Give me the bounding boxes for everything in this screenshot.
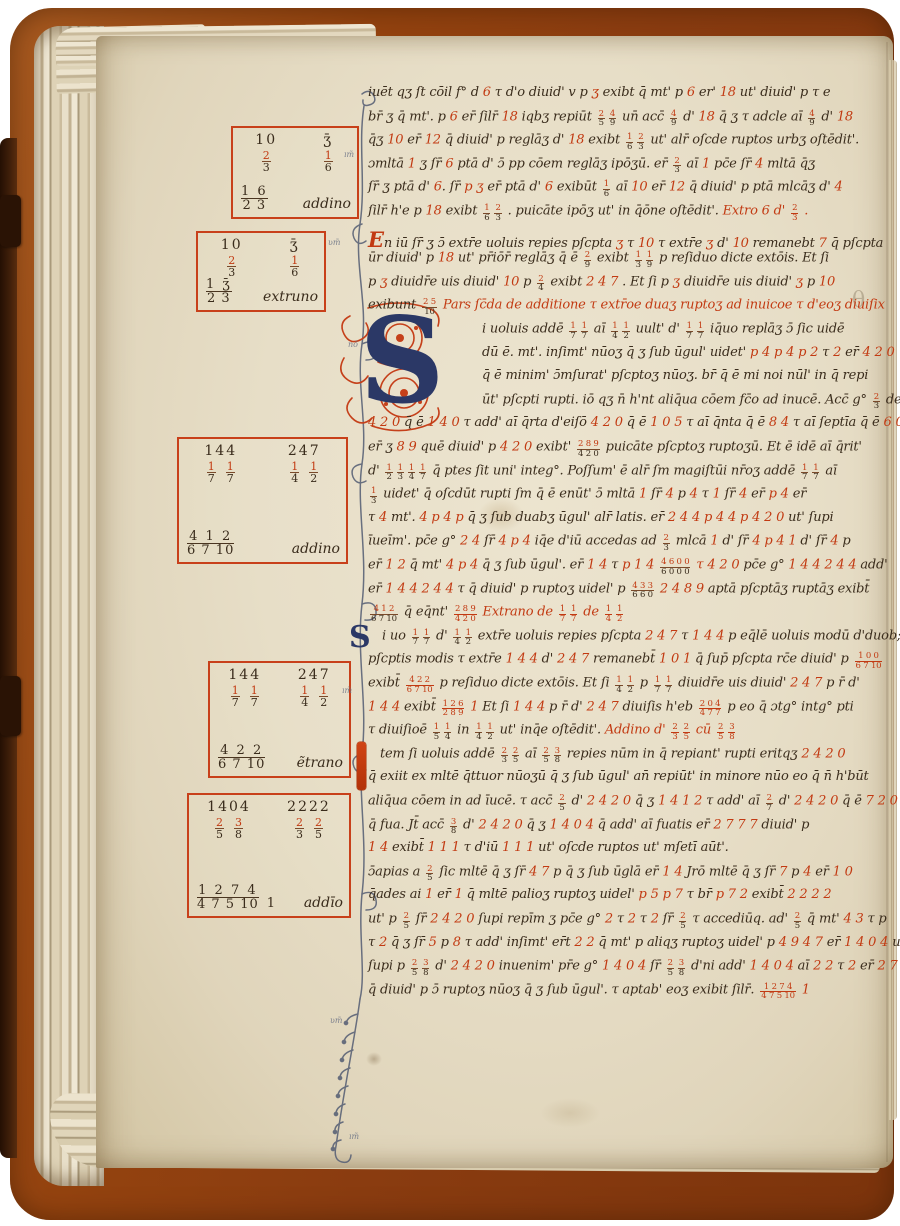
line-text: p 5 [639,887,659,902]
line-text: ſupi repīm ʒ pc̄e g° [474,912,604,927]
composite-fraction: 4 2 26 7 10 [218,744,265,771]
stacked-fraction: 27 [766,794,773,812]
line-text: τ accediūq. ad' [688,912,791,927]
stacked-fraction: 13 [397,464,404,482]
box-number: 1404 [207,799,251,815]
line-text: 2 4 2 0 [801,746,845,761]
line-text: 4 p 4 1 [752,534,796,549]
line-text: q̄ fua. Jt̄ acc̄ [368,817,448,832]
line-text: p [803,274,819,289]
line-text: er̄ [856,959,877,974]
stacked-fraction: 38 [234,817,243,840]
line-text: q̄ ʒ [523,817,550,832]
line-text: 4 [830,534,838,549]
line-text: 8 [453,935,461,950]
line-text: τ add' aī [702,794,763,809]
line-text: er̄ [789,487,806,502]
line-text: 1 4 4 [368,699,400,714]
initial-s-small: S [349,620,371,655]
text-line: īueīm'. pc̄e g° 2 4 ſr̄ 4 p 4 iq̄e d'iū … [368,534,851,552]
box-result-row: 1 2 7 44 7 5 101addīo [197,884,343,911]
line-text: inuenim' pr̄e g° [495,959,602,974]
page-crease [886,42,888,1162]
stacked-fraction: 4 2 26 7 10 [406,676,434,694]
stacked-fraction: 16 [603,180,610,198]
stacked-fraction: 12 [465,629,472,647]
line-text: ʒ ſr̄ [416,156,446,171]
line-text: τ br̄ [683,887,716,902]
line-text: 1 1 1 [428,840,460,855]
stacked-fraction: 17 [570,605,577,623]
line-text: 4 [835,180,843,195]
box-number: 144 [204,443,237,459]
text-line: 13 uidet' q̄ oſcdūt rupti ſm q̄ ē enūt' … [368,487,806,505]
line-text: ſic mltē q̄ ʒ ſr̄ [435,864,529,879]
line-text: 6 [450,109,458,124]
text-line: ut' p 25 ſr̄ 2 4 2 0 ſupi repīm ʒ pc̄e g… [368,912,887,930]
stacked-fraction: 49 [670,110,677,128]
line-text: q̄ ſup̄ pſcpta rc̄e diuid' p [691,652,852,667]
line-text: p [636,676,652,691]
stacked-fraction: 4 3 36 6 0 [631,582,654,600]
stacked-fraction: 25 [542,747,549,765]
text-line: q̄ diuid' p ɔ̄ ruptoʒ nūoʒ q̄ ʒ ſub ūgul… [368,983,810,1001]
stacked-fraction: 17 [697,322,704,340]
line-text: exibt̄ [388,840,428,855]
line-text: mlcā [672,534,711,549]
line-text: uidet' q̄ oſcdūt rupti ſm q̄ ē enūt' ɔ̄ … [379,487,639,502]
line-text: ʒ [616,236,623,251]
line-text: mltā q̄ʒ [763,156,815,171]
line-text: dū ē. mt'. inſimt' nūoʒ q̄ ʒ ſub ūgul' u… [482,345,750,360]
stacked-fraction: 23 [227,255,236,278]
line-text: E [368,227,384,252]
line-text: τ 4 2 0 [696,558,739,573]
line-text: 1 4 4 [385,581,417,596]
line-text: 18 [699,109,715,124]
line-text: 10 [387,133,403,148]
margin-squiggle: ım̃ [342,686,352,695]
line-text: d' [817,109,836,124]
stacked-fraction: 49 [808,110,815,128]
line-text: 2 4 7 [586,274,618,289]
line-text: d' ſr̄ [718,534,752,549]
stacked-fraction: 38 [728,723,735,741]
line-text: d' [432,628,451,643]
stacked-fraction: 23 [501,747,508,765]
line-text: p [787,864,803,879]
line-text: er̄ [747,487,768,502]
line-text: 1 4 0 4 [550,817,594,832]
rubric-text: Pars ſc̄da de additione τ extr̄oe duaʒ r… [443,298,885,313]
line-text: 2 4 2 0 [478,817,522,832]
line-text: repies nūm in q̄ repiant' rupti eritqʒ [563,746,801,761]
line-text: q̄ mltē palioʒ ruptoʒ uidel' [463,887,639,902]
box-column: 1441717 [204,443,237,484]
line-text: 4 [379,510,387,525]
stacked-fraction: 17 [569,322,576,340]
calculation-box: 144171724714124 2 26 7 10ẽtrano [208,661,351,778]
line-text: exibt̄ [748,887,788,902]
line-text: 1 4 4 [513,699,545,714]
line-text: 2 2 [813,959,833,974]
line-text: diuiſis h'eb [619,699,697,714]
box-column: 2471412 [298,667,331,708]
line-text: p eo q̄ ɔtg° intg° pti [723,699,853,714]
stacked-fraction: 25 [717,723,724,741]
stacked-fraction: 25 [679,912,686,930]
line-text: extr̄e uoluis repies pſcpta [474,628,645,643]
rubric-text: Extrano de [483,605,557,620]
stacked-fraction: 25 [598,110,605,128]
line-text: 2 [628,912,636,927]
line-text: 1 0 5 [650,415,682,430]
box-operation-label: addīo [304,895,343,911]
line-text: er' [695,85,720,100]
line-text: . Et ſi p [618,274,673,289]
line-text: p reſiduo dicte extōis. Et ſi [655,251,829,266]
stacked-fraction: 25 [794,912,801,930]
line-text: p q̄ ʒ ſub ūglā er̄ [549,864,662,879]
line-text: p [674,487,690,502]
line-text: 4 2 0 [500,440,532,455]
line-text: aptā pſcptāʒ ruptāʒ exibt̄ [704,581,869,596]
line-text: pc̄e ſr̄ [710,156,755,171]
stacked-fraction: 25 [215,817,224,840]
text-line: ſupi p 2538 d' 2 4 2 0 inuenim' pr̄e g° … [368,959,900,977]
stacked-fraction: 2 8 94 2 0 [577,440,600,458]
line-text: 6 [687,85,695,100]
line-text: exibt̄ [368,676,404,691]
stacked-fraction: 12 [309,461,318,484]
text-line: dū ē. mt'. inſimt' nūoʒ q̄ ʒ ſub ūgul' u… [482,346,895,360]
line-text: 6 0 [883,415,900,430]
text-line: er̄ ʒ 8 9 quē diuid' p 4 2 0 exibt' 2 8 … [368,440,862,458]
line-text: ʒ [673,274,680,289]
text-line: d' 12131417 q̄ ptes ſit uni' integ°. Poſ… [368,464,837,482]
line-text: d' ſr̄ [797,534,831,549]
line-text: d' [713,236,732,251]
line-text: q̄ ʒ [631,794,658,809]
stacked-fraction: 12 [622,322,629,340]
line-text: 1 [798,982,810,997]
rubric-text: Extro 6 d' [723,204,789,219]
line-text: exibunt [368,298,420,313]
line-text: p r̄ d' [545,699,586,714]
line-text: aī [821,463,836,478]
text-line: En iū ſr̄ ʒ ɔ̄ extr̄e uoluis repies pſcp… [368,228,883,251]
line-text: de [882,392,900,407]
text-line: q̄ ē minim' ɔ̄mſurat' pſcptoʒ nūoʒ. br̄ … [482,369,868,383]
box-column: 1441717 [228,667,261,708]
line-text: 18 [720,85,736,100]
box-result-row: 4 2 26 7 10ẽtrano [218,744,343,771]
line-text: 7 [819,236,827,251]
line-text: er̄ [368,581,385,596]
line-text: ūt' pſcpti rupti. iō qʒ n̄ h'nt aliq̄ua … [482,392,871,407]
stacked-fraction: 24 [537,275,544,293]
clasp-strap-bottom [0,676,21,736]
line-text: q̄ ptes ſit uni' integ°. Poſſum' ē alr̄ … [428,463,799,478]
line-text: 18 [426,204,442,219]
stacked-fraction: 17 [207,461,216,484]
stacked-fraction: 25 [683,723,690,741]
line-text: aī [590,322,609,337]
line-text: ut' alr̄ oſcde ruptos urbʒ oſtēdit'. [646,133,859,148]
line-text: 1 4 4 [506,652,538,667]
line-text: τ add' aī q̄rta d'eiſō [460,415,591,430]
line-text: er̄ [433,887,454,902]
line-text: ʒ [592,85,599,100]
line-text: un̄ acc̄ [618,109,668,124]
line-text: τ [607,558,622,573]
calculation-box: 14042538222223251 2 7 44 7 5 101addīo [187,793,351,918]
line-text: 2 2 [574,935,594,950]
line-text: 10 [631,180,647,195]
text-line: ſr̄ ʒ ptā d' 6. ſr̄ p ʒ er̄ ptā d' 6 exi… [368,180,843,198]
line-text: 2 4 [668,510,688,525]
margin-squiggle: ım̃ [344,150,354,159]
margin-squiggle: ım̃ [349,1132,359,1141]
line-text: τ [623,236,638,251]
stacked-fraction: 17 [686,322,693,340]
text-line: q̄ʒ 10 er̄ 12 q̄ diuid' p reglāʒ d' 18 e… [368,133,859,151]
line-text: τ [833,959,848,974]
line-text: q̄ ē [623,415,650,430]
line-text: 1 4 [368,840,388,855]
line-text: ſr̄ [647,487,666,502]
line-text: Jrō mltē q̄ ʒ ſr̄ [682,864,779,879]
line-text: q̄ ʒ ſub ūgul'. er̄ [478,558,587,573]
stacked-fraction: 17 [654,676,661,694]
line-text: 6 [545,180,553,195]
box-result-row: 1 62 3addino [241,185,351,212]
decorated-initial-s: S [330,298,470,433]
stacked-fraction: 23 [637,133,644,151]
box-column: 22222325 [287,799,331,840]
text-line: er̄ 1 2 q̄ mt' 4 p 4 q̄ ʒ ſub ūgul'. er̄… [368,558,888,576]
line-text: 2 7 7 7 [713,817,757,832]
line-text: q̄ ē minim' ɔ̄mſurat' pſcptoʒ nūoʒ. br̄ … [482,368,868,383]
stacked-fraction: 38 [450,818,457,836]
line-text: iq̄uo replāʒ ɔ̄ ſic uidē [706,322,844,337]
line-text: 4 [666,487,674,502]
line-text: ut' ſupi [784,510,833,525]
line-text: tem ſi uoluis addē [380,746,499,761]
line-text: 5 [429,935,437,950]
box-operation-label: ẽtrano [297,755,343,771]
text-line: τ 2 q̄ ʒ ſr̄ 5 p 8 τ add' inſimt' er̄t 2… [368,936,900,950]
line-text: p 7 [663,887,683,902]
line-text: p 4 [769,487,789,502]
stacked-fraction: 1 2 7 44 7 5 10 [760,983,796,1001]
composite-fraction: 4 1 26 7 10 [187,530,234,557]
line-text [654,558,658,573]
stacked-fraction: 13 [370,487,377,505]
line-text: 1 0 [833,864,853,879]
line-text: q̄ mt' [406,558,446,573]
calculation-box: 1023ʒ̄161 ʒ̄2 3extruno [196,231,326,312]
text-line: ɔmltā 1 ʒ ſr̄ 6 ptā d' ɔ̄ pp cōem reglāʒ… [368,157,815,175]
line-text: 1 [455,887,463,902]
line-text: τ d'iū [460,840,502,855]
stacked-fraction: 4 1 26 7 10 [370,605,398,623]
line-text: 1 2 [385,558,405,573]
line-text: iqbʒ repiūt [518,109,596,124]
line-text: diuidr̄e uis diuid' [674,676,790,691]
line-text: n iū ſr̄ ʒ ɔ̄ extr̄e uoluis repies pſcpt… [384,236,616,251]
line-text: p ʒ [464,180,483,195]
line-text: iq̄e d'iū accedas ad [531,534,661,549]
line-text: 4 3 [843,912,863,927]
line-text: br̄ ʒ q̄ mt'. p [368,109,450,124]
line-text: 7 [779,864,787,879]
box-number: 247 [288,443,321,459]
line-text: d'ni add' [687,959,750,974]
line-text: er̄ [403,133,424,148]
line-text: 2 4 4 [421,581,453,596]
line-text: τ [677,628,692,643]
line-text: p eq̄lē uoluis modū d'duob; [724,628,900,643]
line-text: er̄ ʒ [368,440,397,455]
stacked-fraction: 25 [314,817,323,840]
line-text: exibt q̄ mt' p [599,85,687,100]
box-result-row: 1 ʒ̄2 3extruno [206,278,318,305]
line-text: p reſiduo dicte extōis. Et ſi [436,676,614,691]
line-text: 1 1 1 [502,840,534,855]
box-number: ʒ̄ [322,132,335,148]
line-text: 4 p 4 [692,510,724,525]
stacked-fraction: 4 6 0 06 0 0 0 [660,558,690,576]
box-column: ʒ̄16 [288,237,301,278]
stacked-fraction: 14 [615,676,622,694]
stacked-fraction: 17 [423,629,430,647]
line-text: 2 4 8 9 [660,581,704,596]
line-text: 2 [651,912,659,927]
stacked-fraction: 16 [626,133,633,151]
line-text: q̄ades ai [368,887,425,902]
line-text: . ſr̄ [442,180,464,195]
stacked-fraction: 17 [559,605,566,623]
text-line: τ 4 mt'. 4 p 4 p q̄ ʒ ſub duabʒ ūgul' al… [368,511,833,525]
line-text: er̄ ſilr̄ [458,109,502,124]
line-text: ptā d' ɔ̄ pp cōem reglāʒ ipōʒū. er̄ [453,156,671,171]
box-number: 10 [221,237,243,253]
line-text: ſr̄ [721,487,740,502]
line-text: 2 4 7 [557,652,589,667]
line-text: exibt [546,274,586,289]
line-text: τ p [864,912,887,927]
composite-fraction: 1 2 7 44 7 5 10 [197,884,259,911]
text-line: er̄ 1 4 4 2 4 4 τ q̄ diuid' p ruptoʒ uid… [368,582,869,600]
rubric-text: cū [692,723,715,738]
line-text: 1 4 1 2 [658,794,702,809]
stacked-fraction: 13 [635,251,642,269]
stacked-fraction: 12 [627,676,634,694]
text-line: pſcptis modis τ extr̄e 1 4 4 d' 2 4 7 re… [368,652,884,670]
line-text: τ d'o diuid' v p [491,85,592,100]
stacked-fraction: 14 [453,629,460,647]
line-text: p [519,274,535,289]
stacked-fraction: 49 [609,110,616,128]
line-text: quē diuid' p [417,440,500,455]
box-column: 14042538 [207,799,251,840]
line-text: p [437,935,453,950]
text-line: aliq̄ua cōem in ad īucē. τ acc̄ 25 d' 2 … [368,794,900,812]
box-number: 2222 [287,799,331,815]
rubric-text: Addino d' [605,723,670,738]
stacked-fraction: 1 2 62 8 9 [442,700,465,718]
line-text: remanebt [749,236,819,251]
text-line: 4 1 26 7 10 q̄ eq̄nt' 2 8 94 2 0 Extrano… [368,605,625,623]
stacked-fraction: 2 0 44 7 7 [699,700,722,718]
line-text: 10 [819,274,835,289]
stacked-fraction: 16 [483,204,490,222]
line-text: 1 4 [587,558,607,573]
stacked-fraction: 14 [290,461,299,484]
initial-s-glyph: S [359,298,444,430]
text-line: tem ſi uoluis addē 2325 aī 2538 repies n… [380,747,845,765]
line-text: 4 2 0 [591,415,623,430]
line-text: 4 7 [529,864,549,879]
line-text: τ aī q̄nta q̄ ē [682,415,769,430]
line-text: 1 4 0 4 [750,959,794,974]
stacked-fraction: 25 [411,959,418,977]
stacked-fraction: 12 [616,605,623,623]
text-line: ūt' pſcpti rupti. iō qʒ n̄ h'nt aliq̄ua … [482,393,900,411]
line-text: exibūt [553,180,601,195]
stacked-fraction: 23 [295,817,304,840]
stacked-fraction: 38 [422,959,429,977]
stacked-fraction: 23 [671,723,678,741]
line-text: iuēt qʒ ſt cōil f° d [368,85,483,100]
stacked-fraction: 17 [226,461,235,484]
line-text: q̄ exiit ex mltē q̄ttuor nūoʒū q̄ ʒ ſub … [368,769,869,784]
line-text: add' [856,558,887,573]
stacked-fraction: 14 [605,605,612,623]
line-text: 2 4 2 0 [430,912,474,927]
box-column: 1023 [221,237,243,278]
line-text: exibt' [532,440,575,455]
stacked-fraction: 25 [426,865,433,883]
box-result-row: 4 1 26 7 10addino [187,530,340,557]
text-line: exibt̄ 4 2 26 7 10 p reſiduo dicte extōi… [368,676,860,694]
line-text: in [453,723,473,738]
line-text: mt'. [387,510,419,525]
line-text: 12 [669,180,685,195]
line-text: τ aī ſeptīa q̄ ē [789,415,883,430]
line-text: 1 4 0 [428,415,460,430]
stacked-fraction: 29 [584,251,591,269]
line-text: ut' p [368,912,401,927]
line-text: īueīm'. pc̄e g° [368,534,460,549]
line-text: 4 2 0 [368,415,400,430]
initial-i-red-bar [357,742,366,790]
line-text: 2 [833,345,841,360]
line-text: er̄ [841,345,862,360]
stacked-fraction: 16 [290,255,299,278]
line-text: 2 7 2 7 [877,959,900,974]
line-text: τ [636,912,651,927]
stacked-fraction: 15 [433,723,440,741]
line-text: ut' [888,935,900,950]
text-line: ūr diuid' p 18 ut' pr̄iōr̄ reglāʒ q̄ ē 2… [368,251,829,269]
text-line: 1 4 4 exibt̄ 1 2 62 8 9 1 Et ſi 1 4 4 p … [368,700,854,718]
line-text: 4 [690,487,698,502]
box-column: 2471412 [288,443,321,484]
stacked-fraction: 25 [667,959,674,977]
line-text: ut' pr̄iōr̄ reglāʒ q̄ ē [454,251,582,266]
